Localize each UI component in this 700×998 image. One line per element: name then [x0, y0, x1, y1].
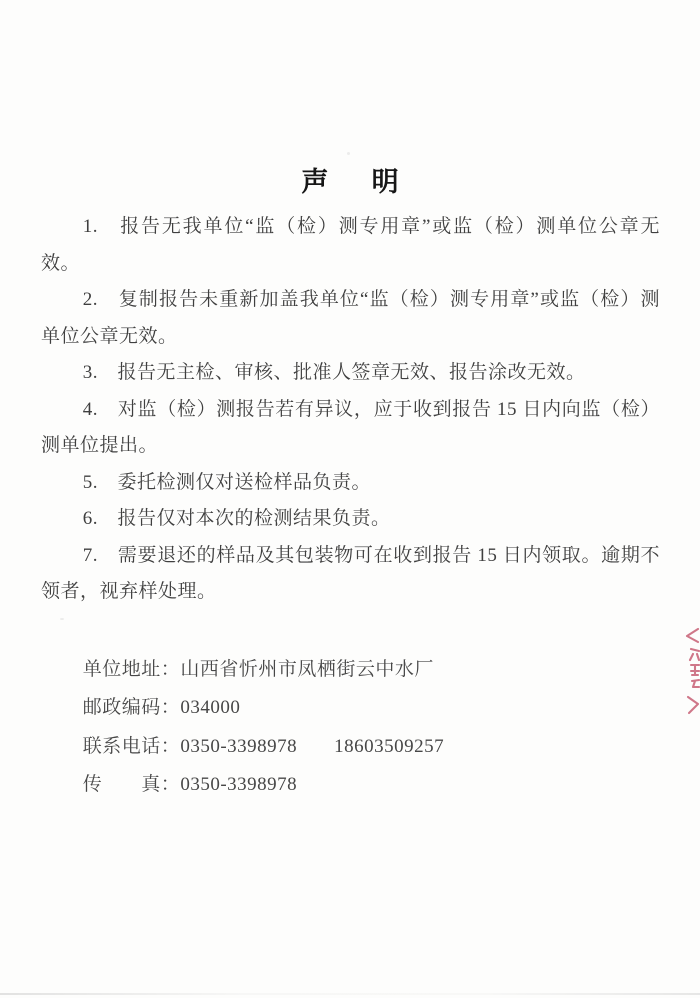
statement-item-5: 5. 委托检测仅对送检样品负责。	[41, 465, 660, 502]
contact-postal-value: 034000	[180, 697, 240, 718]
paper-speck	[60, 618, 64, 620]
contact-fax-label: 传 真：	[83, 774, 181, 795]
contact-phone: 联系电话：0350-339897818603509257	[41, 728, 660, 767]
contact-phone-label: 联系电话：	[83, 736, 181, 757]
contact-phone-value-2: 18603509257	[334, 736, 444, 757]
stamp-fragment	[683, 627, 700, 715]
statement-item-7: 7. 需要退还的样品及其包装物可在收到报告 15 日内领取。逾期不领者，视弃样处…	[41, 538, 660, 611]
contact-address-label: 单位地址：	[83, 659, 181, 680]
contact-block: 单位地址：山西省忻州市凤栖街云中水厂 邮政编码：034000 联系电话：0350…	[41, 651, 660, 805]
page-title: 声 明	[0, 0, 700, 197]
document-page: 声 明 1. 报告无我单位“监（检）测专用章”或监（检）测单位公章无效。 2. …	[0, 0, 700, 998]
contact-postal-label: 邮政编码：	[83, 697, 181, 718]
contact-fax-value: 0350-3398978	[180, 774, 297, 795]
statement-item-2: 2. 复制报告未重新加盖我单位“监（检）测专用章”或监（检）测单位公章无效。	[41, 282, 660, 355]
statement-item-1: 1. 报告无我单位“监（检）测专用章”或监（检）测单位公章无效。	[41, 209, 660, 282]
scan-edge-line	[0, 993, 700, 995]
contact-fax: 传 真：0350-3398978	[41, 766, 660, 805]
contact-address: 单位地址：山西省忻州市凤栖街云中水厂	[41, 651, 660, 690]
contact-postal-code: 邮政编码：034000	[41, 689, 660, 728]
stamp-fragment-marks	[683, 627, 700, 715]
statement-list: 1. 报告无我单位“监（检）测专用章”或监（检）测单位公章无效。 2. 复制报告…	[41, 209, 660, 611]
statement-item-4: 4. 对监（检）测报告若有异议，应于收到报告 15 日内向监（检）测单位提出。	[41, 392, 660, 465]
statement-item-3: 3. 报告无主检、审核、批准人签章无效、报告涂改无效。	[41, 355, 660, 392]
statement-item-6: 6. 报告仅对本次的检测结果负责。	[41, 501, 660, 538]
contact-phone-value-1: 0350-3398978	[180, 736, 297, 757]
contact-address-value: 山西省忻州市凤栖街云中水厂	[180, 659, 434, 680]
